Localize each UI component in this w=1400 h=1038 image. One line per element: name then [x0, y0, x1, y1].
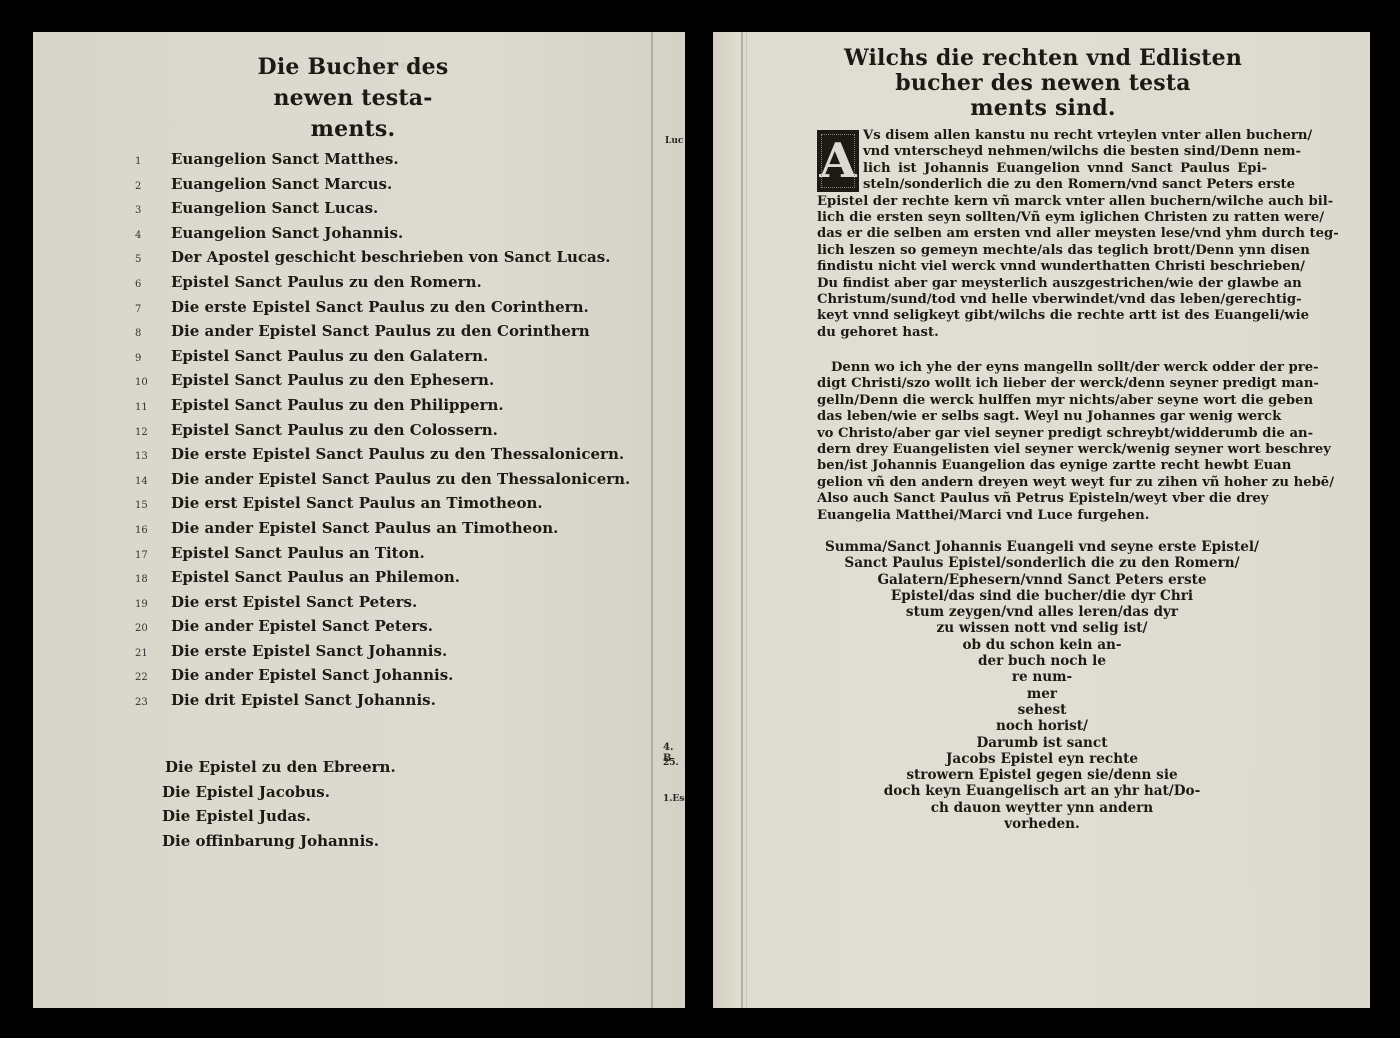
- list-item: 9Epistel Sanct Paulus zu den Galatern.: [135, 347, 630, 372]
- summary-inverted-triangle: Summa/Sanct Johannis Euangeli vnd seyne …: [797, 539, 1287, 832]
- book-number: 23: [135, 697, 171, 708]
- text-line: das leben/wie er selbs sagt. Weyl nu Joh…: [817, 409, 1267, 425]
- text-line: Christum/sund/tod vnd helle vberwindet/v…: [817, 292, 1267, 308]
- text-line: keyt vnnd seligkeyt gibt/wilchs die rech…: [817, 308, 1267, 324]
- list-item: 23Die drit Epistel Sanct Johannis.: [135, 691, 630, 716]
- list-item: 13Die erste Epistel Sanct Paulus zu den …: [135, 445, 630, 470]
- book-number: 4: [135, 230, 171, 241]
- book-title: Euangelion Sanct Matthes.: [171, 150, 399, 168]
- list-item: 16Die ander Epistel Sanct Paulus an Timo…: [135, 519, 630, 544]
- book-number: 15: [135, 500, 171, 511]
- text-line: mer: [797, 686, 1287, 702]
- list-item: 21Die erste Epistel Sanct Johannis.: [135, 642, 630, 667]
- book-title: Die ander Epistel Sanct Paulus zu den Th…: [171, 470, 630, 488]
- book-title: Die erste Epistel Sanct Paulus zu den Co…: [171, 298, 589, 316]
- books-list: 1Euangelion Sanct Matthes. 2Euangelion S…: [135, 150, 630, 716]
- list-item: 14Die ander Epistel Sanct Paulus zu den …: [135, 470, 630, 495]
- text-line: Vs disem allen kanstu nu recht vrteylen …: [817, 128, 1267, 144]
- text-line: ob du schon kein an-: [797, 637, 1287, 653]
- book-title: Die ander Epistel Sanct Johannis.: [171, 666, 453, 684]
- list-item: 8Die ander Epistel Sanct Paulus zu den C…: [135, 322, 630, 347]
- text-line: vorheden.: [797, 816, 1287, 832]
- book-title: Euangelion Sanct Lucas.: [171, 199, 378, 217]
- book-number: 20: [135, 623, 171, 634]
- book-number: 17: [135, 550, 171, 561]
- list-item: 2Euangelion Sanct Marcus.: [135, 175, 630, 200]
- book-number: 9: [135, 353, 171, 364]
- book-title: Die erste Epistel Sanct Paulus zu den Th…: [171, 445, 624, 463]
- title-line: ments.: [203, 114, 503, 145]
- book-title: Euangelion Sanct Marcus.: [171, 175, 392, 193]
- book-title: Die ander Epistel Sanct Paulus zu den Co…: [171, 322, 590, 340]
- list-item: 17Epistel Sanct Paulus an Titon.: [135, 544, 630, 569]
- book-title: Epistel Sanct Paulus zu den Colossern.: [171, 421, 498, 439]
- list-item: 7Die erste Epistel Sanct Paulus zu den C…: [135, 298, 630, 323]
- title-line: Die Bucher des: [203, 52, 503, 83]
- title-line: bucher des newen testa: [833, 71, 1253, 96]
- list-item: 10Epistel Sanct Paulus zu den Ephesern.: [135, 371, 630, 396]
- text-line: ch dauon weytter ynn andern: [797, 800, 1287, 816]
- text-line: Epistel der rechte kern vñ marck vnter a…: [817, 194, 1267, 210]
- margin-note: 25.: [663, 758, 679, 768]
- text-line: lich leszen so gemeyn mechte/als das teg…: [817, 243, 1267, 259]
- page-fold-line: [741, 32, 743, 1008]
- book-title: Die drit Epistel Sanct Johannis.: [171, 691, 436, 709]
- paragraph-2: Denn wo ich yhe der eyns mangelln sollt/…: [817, 360, 1267, 524]
- list-item: 12Epistel Sanct Paulus zu den Colossern.: [135, 421, 630, 446]
- book-number: 12: [135, 427, 171, 438]
- text-line: stum zeygen/vnd alles leren/das dyr: [797, 604, 1287, 620]
- book-title: Epistel Sanct Paulus an Philemon.: [171, 568, 460, 586]
- list-item: Die Epistel Jacobus.: [162, 783, 396, 808]
- text-line: Galatern/Ephesern/vnnd Sanct Peters erst…: [797, 572, 1287, 588]
- text-line: Sanct Paulus Epistel/sonderlich die zu d…: [797, 555, 1287, 571]
- list-item: 1Euangelion Sanct Matthes.: [135, 150, 630, 175]
- left-page: Vorrhede Die Bucher des newen testa- men…: [33, 32, 685, 1008]
- list-item: 3Euangelion Sanct Lucas.: [135, 199, 630, 224]
- text-line: Euangelia Matthei/Marci vnd Luce furgehe…: [817, 508, 1267, 524]
- list-item: 5Der Apostel geschicht beschrieben von S…: [135, 248, 630, 273]
- list-item: 11Epistel Sanct Paulus zu den Philippern…: [135, 396, 630, 421]
- text-line: lich die ersten seyn sollten/Vñ eym igli…: [817, 210, 1267, 226]
- list-item: 4Euangelion Sanct Johannis.: [135, 224, 630, 249]
- margin-note: Luc: [665, 136, 683, 146]
- book-title: Epistel Sanct Paulus an Titon.: [171, 544, 425, 562]
- book-title: Epistel Sanct Paulus zu den Ephesern.: [171, 371, 494, 389]
- right-page: Wilchs die rechten vnd Edlisten bucher d…: [713, 32, 1370, 1008]
- book-number: 6: [135, 279, 171, 290]
- text-line: Also auch Sanct Paulus vñ Petrus Epistel…: [817, 491, 1267, 507]
- text-line: du gehoret hast.: [817, 325, 1267, 341]
- text-line: sehest: [797, 702, 1287, 718]
- book-number: 2: [135, 181, 171, 192]
- text-line: vo Christo/aber gar viel seyner predigt …: [817, 426, 1267, 442]
- book-number: 1: [135, 156, 171, 167]
- book-title: Die erste Epistel Sanct Johannis.: [171, 642, 447, 660]
- title-line: Wilchs die rechten vnd Edlisten: [833, 46, 1253, 71]
- book-title: Epistel Sanct Paulus zu den Philippern.: [171, 396, 504, 414]
- book-title: Die ander Epistel Sanct Paulus an Timoth…: [171, 519, 558, 537]
- book-title: Die ander Epistel Sanct Peters.: [171, 617, 433, 635]
- book-title: Epistel Sanct Paulus zu den Romern.: [171, 273, 482, 291]
- text-line: dern drey Euangelisten viel seyner werck…: [817, 442, 1267, 458]
- book-number: 18: [135, 574, 171, 585]
- book-number: 16: [135, 525, 171, 536]
- book-title: Die erst Epistel Sanct Peters.: [171, 593, 417, 611]
- book-title: Epistel Sanct Paulus zu den Galatern.: [171, 347, 488, 365]
- text-line: Darumb ist sanct: [797, 735, 1287, 751]
- text-line: Epistel/das sind die bucher/die dyr Chri: [797, 588, 1287, 604]
- text-line: gelion vñ den andern dreyen weyt weyt fu…: [817, 475, 1267, 491]
- book-number: 3: [135, 205, 171, 216]
- title-line: ments sind.: [833, 96, 1253, 121]
- list-item: Die Epistel zu den Ebreern.: [165, 758, 396, 783]
- text-line: lich ist Johannis Euangelion vnnd Sanct …: [817, 161, 1267, 177]
- list-item: 18Epistel Sanct Paulus an Philemon.: [135, 568, 630, 593]
- list-item: 15Die erst Epistel Sanct Paulus an Timot…: [135, 494, 630, 519]
- book-number: 22: [135, 672, 171, 683]
- text-line: findistu nicht viel werck vnnd wundertha…: [817, 259, 1267, 275]
- text-line: vnd vnterscheyd nehmen/wilchs die besten…: [817, 144, 1267, 160]
- text-line: das er die selben am ersten vnd aller me…: [817, 226, 1267, 242]
- margin-note: 1.Esd: [663, 794, 685, 804]
- text-line: Summa/Sanct Johannis Euangeli vnd seyne …: [797, 539, 1287, 555]
- book-number: 7: [135, 304, 171, 315]
- text-line: re num-: [797, 669, 1287, 685]
- book-number: 5: [135, 254, 171, 265]
- book-number: 10: [135, 377, 171, 388]
- text-line: Denn wo ich yhe der eyns mangelln sollt/…: [817, 360, 1267, 376]
- right-page-title: Wilchs die rechten vnd Edlisten bucher d…: [833, 46, 1253, 121]
- paragraph-1: Vs disem allen kanstu nu recht vrteylen …: [817, 128, 1267, 341]
- text-line: doch keyn Euangelisch art an yhr hat/Do-: [797, 783, 1287, 799]
- book-number: 13: [135, 451, 171, 462]
- text-line: Jacobs Epistel eyn rechte: [797, 751, 1287, 767]
- book-title: Euangelion Sanct Johannis.: [171, 224, 403, 242]
- text-line: Du findist aber gar meysterlich auszgest…: [817, 276, 1267, 292]
- list-item: 6Epistel Sanct Paulus zu den Romern.: [135, 273, 630, 298]
- book-number: 14: [135, 476, 171, 487]
- text-line: zu wissen nott vnd selig ist/: [797, 620, 1287, 636]
- text-line: noch horist/: [797, 718, 1287, 734]
- book-title: Die erst Epistel Sanct Paulus an Timothe…: [171, 494, 543, 512]
- book-title: Der Apostel geschicht beschrieben von Sa…: [171, 248, 610, 266]
- title-line: newen testa-: [203, 83, 503, 114]
- book-number: 11: [135, 402, 171, 413]
- text-line: der buch noch le: [797, 653, 1287, 669]
- list-item: 19Die erst Epistel Sanct Peters.: [135, 593, 630, 618]
- page-fold-line: [746, 32, 747, 1008]
- list-item: Die Epistel Judas.: [162, 807, 396, 832]
- list-item: 20Die ander Epistel Sanct Peters.: [135, 617, 630, 642]
- text-line: steln/sonderlich die zu den Romern/vnd s…: [817, 177, 1267, 193]
- list-item: 22Die ander Epistel Sanct Johannis.: [135, 666, 630, 691]
- left-page-title: Die Bucher des newen testa- ments.: [203, 52, 503, 145]
- book-number: 21: [135, 648, 171, 659]
- list-item: Die offinbarung Johannis.: [162, 832, 396, 857]
- book-number: 8: [135, 328, 171, 339]
- book-number: 19: [135, 599, 171, 610]
- text-line: digt Christi/szo wollt ich lieber der we…: [817, 376, 1267, 392]
- text-line: gelln/Denn die werck hulffen myr nichts/…: [817, 393, 1267, 409]
- unnumbered-books-list: Die Epistel zu den Ebreern. Die Epistel …: [165, 758, 396, 856]
- text-line: strowern Epistel gegen sie/denn sie: [797, 767, 1287, 783]
- page-fold-line: [651, 32, 653, 1008]
- text-line: ben/ist Johannis Euangelion das eynige z…: [817, 458, 1267, 474]
